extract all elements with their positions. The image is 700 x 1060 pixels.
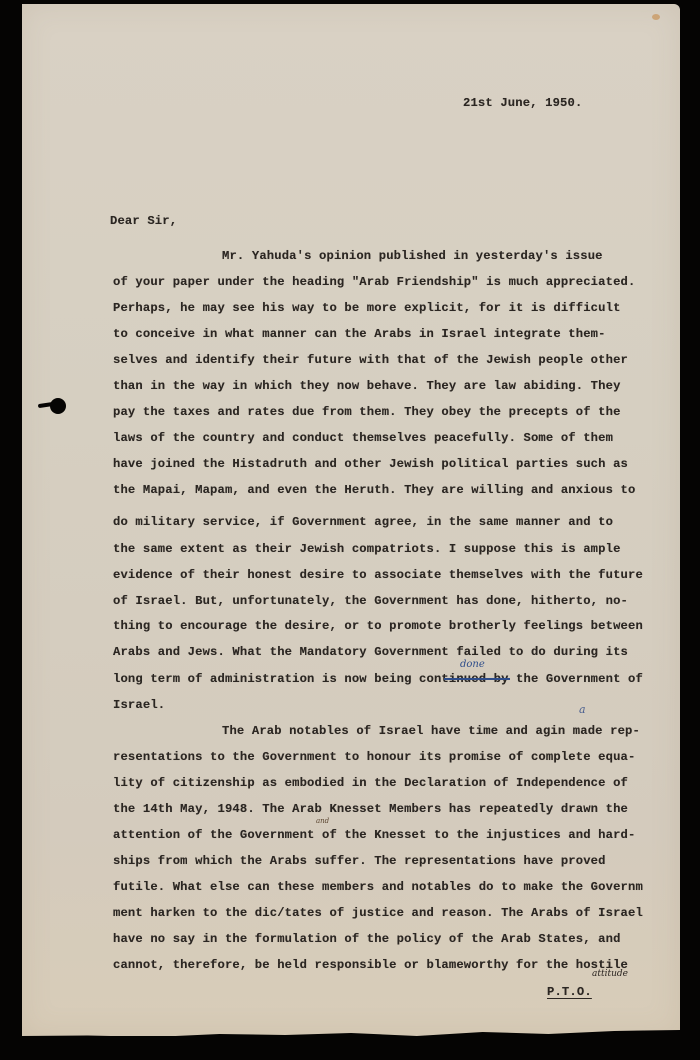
paragraph-2-line: ships from which the Arabs suffer. The r…: [113, 855, 606, 867]
paragraph-1-line: than in the way in which they now behave…: [113, 380, 621, 392]
paragraph-2-line: resentations to the Government to honour…: [113, 751, 635, 763]
handwritten-insert-a: a: [579, 704, 586, 715]
paragraph-1-line: Perhaps, he may see his way to be more e…: [113, 302, 621, 314]
paragraph-1-line: the Mapai, Mapam, and even the Heruth. T…: [113, 484, 635, 496]
punch-hole: [50, 398, 66, 414]
handwritten-correction-done: done: [460, 660, 485, 670]
salutation: Dear Sir,: [110, 215, 177, 227]
paper-stain: [652, 14, 660, 20]
paragraph-2-line: the 14th May, 1948. The Arab Knesset Mem…: [113, 803, 628, 815]
letter-date: 21st June, 1950.: [463, 97, 582, 109]
paragraph-2-line: ment harken to the dic/tates of justice …: [113, 907, 643, 919]
paragraph-1-line: long term of administration is now being…: [113, 673, 643, 685]
paragraph-1-line: to conceive in what manner can the Arabs…: [113, 328, 606, 340]
paragraph-1-line: thing to encourage the desire, or to pro…: [113, 620, 643, 632]
paragraph-1-line: of your paper under the heading "Arab Fr…: [113, 276, 635, 288]
paragraph-2-line: The Arab notables of Israel have time an…: [222, 725, 640, 737]
paragraph-1-line: Mr. Yahuda's opinion published in yester…: [222, 250, 603, 262]
paragraph-1-line: evidence of their honest desire to assoc…: [113, 569, 643, 581]
paragraph-2-line: have no say in the formulation of the po…: [113, 933, 621, 945]
paragraph-1-line: have joined the Histadruth and other Jew…: [113, 458, 628, 470]
paragraph-1-line: laws of the country and conduct themselv…: [113, 432, 613, 444]
paragraph-1-line: of Israel. But, unfortunately, the Gover…: [113, 595, 628, 607]
paragraph-2-line: lity of citizenship as embodied in the D…: [113, 777, 628, 789]
strikethrough-continued: [444, 678, 510, 680]
handwritten-insert-and: and: [316, 818, 329, 825]
paragraph-1-line: Israel.: [113, 699, 165, 711]
paragraph-2-line: futile. What else can these members and …: [113, 881, 643, 893]
paragraph-1-line: the same extent as their Jewish compatri…: [113, 543, 621, 555]
paragraph-2-line: cannot, therefore, be held responsible o…: [113, 959, 628, 971]
paragraph-2-line: attention of the Government of the Kness…: [113, 829, 635, 841]
paragraph-1-line: pay the taxes and rates due from them. T…: [113, 406, 621, 418]
paragraph-1-line: Arabs and Jews. What the Mandatory Gover…: [113, 646, 628, 658]
paragraph-1-line: selves and identify their future with th…: [113, 354, 628, 366]
please-turn-over: P.T.O.: [547, 986, 592, 998]
handwritten-scribble: attitude: [592, 970, 628, 979]
paragraph-1-line: do military service, if Government agree…: [113, 516, 613, 528]
